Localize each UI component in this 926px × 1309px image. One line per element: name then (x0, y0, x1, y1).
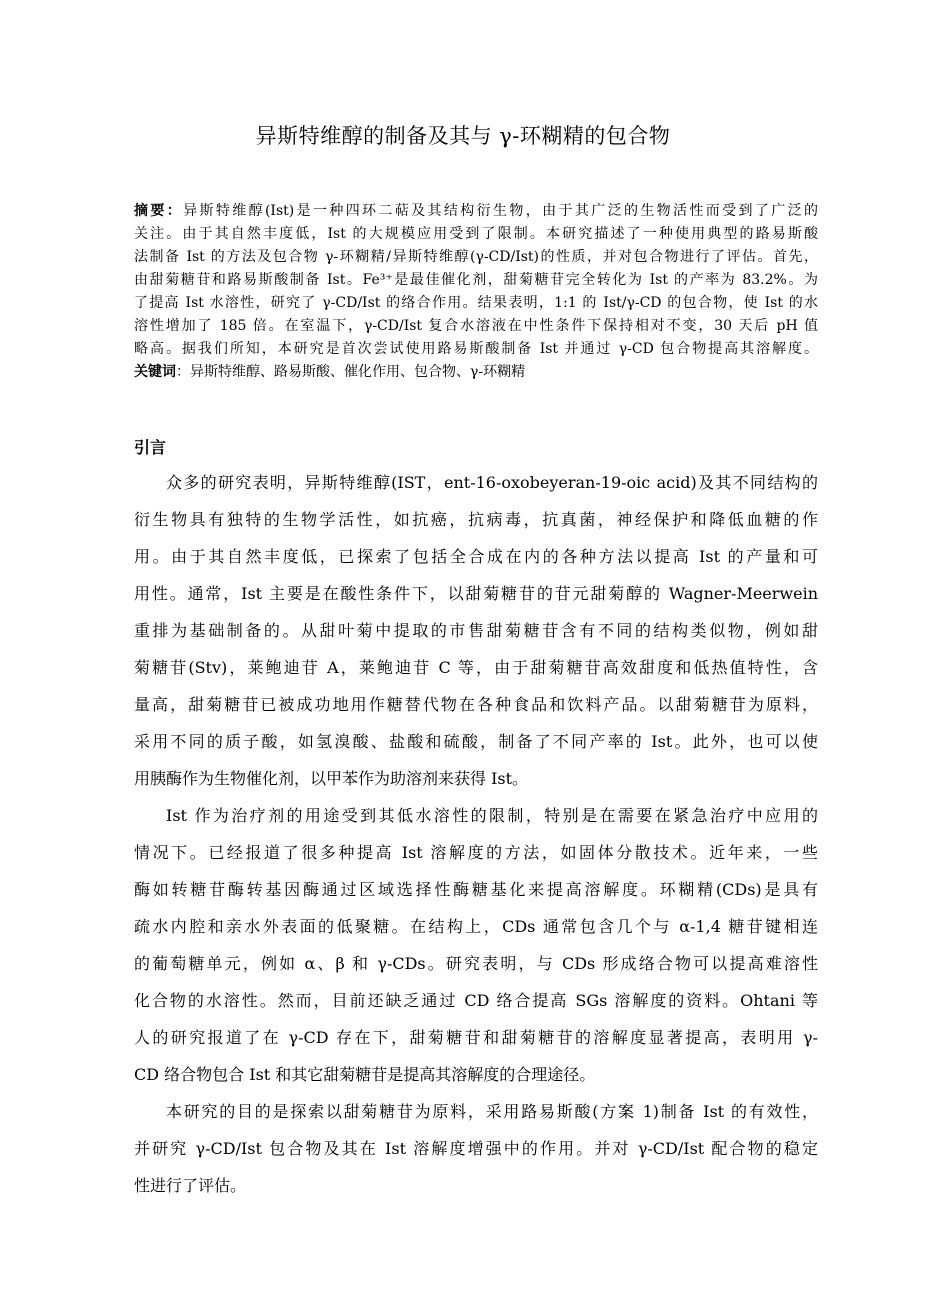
abstract-line: 由甜菊糖苷和路易斯酸制备 Ist。Fe³⁺是最佳催化剂，甜菊糖苷完全转化为 Is… (134, 269, 818, 291)
abstract-line: 略高。据我们所知，本研究是首次尝试使用路易斯酸制备 Ist 并通过 γ-CD 包… (134, 338, 818, 360)
abstract-line: 法制备 Ist 的方法及包合物 γ-环糊精/异斯特维醇(γ-CD/Ist)的性质… (134, 246, 818, 268)
paragraph-line: 本研究的目的是探索以甜菊糖苷为原料，采用路易斯酸(方案 1)制备 Ist 的有效… (166, 1099, 818, 1125)
paragraph-line: 人的研究报道了在 γ-CD 存在下，甜菊糖苷和甜菊糖苷的溶解度显著提高，表明用 … (134, 1025, 818, 1051)
keywords-line: 关键词：异斯特维醇、路易斯酸、催化作用、包合物、γ-环糊精 (134, 361, 818, 383)
paper-title: 异斯特维醇的制备及其与 γ-环糊精的包合物 (0, 121, 926, 151)
abstract-line: 了提高 Ist 水溶性，研究了 γ-CD/Ist 的络合作用。结果表明，1:1 … (134, 292, 818, 314)
paragraph-line: 性进行了评估。 (134, 1173, 818, 1199)
paragraph-line: 衍生物具有独特的生物学活性，如抗癌，抗病毒，抗真菌，神经保护和降低血糖的作 (134, 507, 818, 533)
paragraph-line: 的葡萄糖单元，例如 α、β 和 γ-CDs。研究表明，与 CDs 形成络合物可以… (134, 951, 818, 977)
paragraph-line: 采用不同的质子酸，如氢溴酸、盐酸和硫酸，制备了不同产率的 Ist。此外，也可以使 (134, 729, 818, 755)
paragraph-line: 菊糖苷(Stv)，莱鲍迪苷 A，莱鲍迪苷 C 等，由于甜菊糖苷高效甜度和低热值特… (134, 655, 818, 681)
paragraph-line: 疏水内腔和亲水外表面的低聚糖。在结构上，CDs 通常包含几个与 α-1,4 糖苷… (134, 914, 818, 940)
abstract-label: 摘要： (134, 203, 183, 219)
paragraph-line: 化合物的水溶性。然而，目前还缺乏通过 CD 络合提高 SGs 溶解度的资料。Oh… (134, 988, 818, 1014)
abstract-line: 摘要：异斯特维醇(Ist)是一种四环二萜及其结构衍生物，由于其广泛的生物活性而受… (134, 200, 818, 222)
paragraph-line: CD 络合物包合 Ist 和其它甜菊糖苷是提高其溶解度的合理途径。 (134, 1062, 818, 1088)
paragraph-line: 用性。通常，Ist 主要是在酸性条件下，以甜菊糖苷的苷元甜菊醇的 Wagner-… (134, 581, 818, 607)
abstract-line: 关注。由于其自然丰度低，Ist 的大规模应用受到了限制。本研究描述了一种使用典型… (134, 223, 818, 245)
paragraph-line: 量高，甜菊糖苷已被成功地用作糖替代物在各种食品和饮料产品。以甜菊糖苷为原料， (134, 692, 818, 718)
abstract-line: 溶性增加了 185 倍。在室温下，γ-CD/Ist 复合水溶液在中性条件下保持相… (134, 315, 818, 337)
section-heading: 引言 (134, 436, 166, 460)
paragraph-line: 重排为基础制备的。从甜叶菊中提取的市售甜菊糖苷含有不同的结构类似物，例如甜 (134, 618, 818, 644)
paragraph-line: 众多的研究表明，异斯特维醇(IST，ent-16-oxobeyeran-19-o… (166, 470, 818, 496)
document-page: 异斯特维醇的制备及其与 γ-环糊精的包合物 摘要：异斯特维醇(Ist)是一种四环… (0, 0, 926, 1309)
paragraph-line: 并研究 γ-CD/Ist 包合物及其在 Ist 溶解度增强中的作用。并对 γ-C… (134, 1136, 818, 1162)
paragraph-line: 情况下。已经报道了很多种提高 Ist 溶解度的方法，如固体分散技术。近年来，一些 (134, 840, 818, 866)
keywords-label: 关键词 (134, 364, 176, 380)
paragraph-line: 用胰酶作为生物催化剂，以甲苯作为助溶剂来获得 Ist。 (134, 766, 818, 792)
keywords-text: ：异斯特维醇、路易斯酸、催化作用、包合物、γ-环糊精 (176, 364, 525, 380)
paragraph-line: Ist 作为治疗剂的用途受到其低水溶性的限制，特别是在需要在紧急治疗中应用的 (166, 803, 818, 829)
paragraph-line: 用。由于其自然丰度低，已探索了包括全合成在内的各种方法以提高 Ist 的产量和可 (134, 544, 818, 570)
paragraph-line: 酶如转糖苷酶转基因酶通过区域选择性酶糖基化来提高溶解度。环糊精(CDs)是具有 (134, 877, 818, 903)
